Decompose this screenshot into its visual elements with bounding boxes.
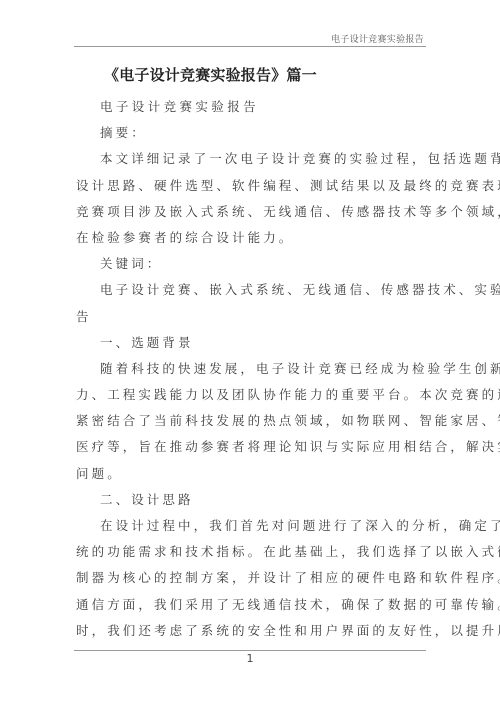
paragraph-line: 在设计过程中，我们首先对问题进行了深入的分析，确定了系 [76, 513, 430, 539]
keywords-paragraph: 电子设计竞赛、嵌入式系统、无线通信、传感器技术、实验报 告 [76, 277, 430, 329]
paragraph-line: 竞赛项目涉及嵌入式系统、无线通信、传感器技术等多个领域，旨 [76, 199, 430, 225]
running-header: 电子设计竞赛实验报告 [331, 32, 424, 45]
page-number: 1 [0, 652, 500, 665]
paragraph-line: 本文详细记录了一次电子设计竞赛的实验过程，包括选题背景、 [76, 146, 430, 172]
section-design-paragraph: 在设计过程中，我们首先对问题进行了深入的分析，确定了系 统的功能需求和技术指标。… [76, 513, 430, 644]
footer-divider [74, 650, 426, 651]
header-divider [74, 46, 426, 47]
section-heading-design: 二、设计思路 [76, 487, 430, 513]
paragraph-line: 紧密结合了当前科技发展的热点领域，如物联网、智能家居、智能 [76, 408, 430, 434]
keywords-label: 关键词： [76, 251, 430, 277]
paragraph-line: 力、工程实践能力以及团队协作能力的重要平台。本次竞赛的选题 [76, 382, 430, 408]
document-body: 电子设计竞赛实验报告 摘要： 本文详细记录了一次电子设计竞赛的实验过程，包括选题… [76, 94, 430, 644]
paragraph-line: 统的功能需求和技术指标。在此基础上，我们选择了以嵌入式微控 [76, 539, 430, 565]
paragraph-line: 告 [76, 304, 430, 330]
document-title: 《电子设计竞赛实验报告》篇一 [104, 64, 317, 85]
paragraph-line: 随着科技的快速发展，电子设计竞赛已经成为检验学生创新能 [76, 356, 430, 382]
paragraph-line: 电子设计竞赛、嵌入式系统、无线通信、传感器技术、实验报 [76, 277, 430, 303]
paragraph-line: 设计思路、硬件选型、软件编程、测试结果以及最终的竞赛表现。 [76, 173, 430, 199]
paragraph-line: 制器为核心的控制方案，并设计了相应的硬件电路和软件程序。在 [76, 565, 430, 591]
abstract-paragraph: 本文详细记录了一次电子设计竞赛的实验过程，包括选题背景、 设计思路、硬件选型、软… [76, 146, 430, 251]
section-background-paragraph: 随着科技的快速发展，电子设计竞赛已经成为检验学生创新能 力、工程实践能力以及团队… [76, 356, 430, 487]
document-subtitle: 电子设计竞赛实验报告 [76, 94, 430, 120]
paragraph-line: 通信方面，我们采用了无线通信技术，确保了数据的可靠传输。同 [76, 592, 430, 618]
paragraph-line: 问题。 [76, 461, 430, 487]
paragraph-line: 在检验参赛者的综合设计能力。 [76, 225, 430, 251]
abstract-label: 摘要： [76, 120, 430, 146]
paragraph-line: 医疗等，旨在推动参赛者将理论知识与实际应用相结合，解决实际 [76, 434, 430, 460]
paragraph-line: 时，我们还考虑了系统的安全性和用户界面的友好性，以提升用户 [76, 618, 430, 644]
section-heading-background: 一、选题背景 [76, 330, 430, 356]
document-page: 电子设计竞赛实验报告 《电子设计竞赛实验报告》篇一 电子设计竞赛实验报告 摘要：… [0, 0, 500, 707]
